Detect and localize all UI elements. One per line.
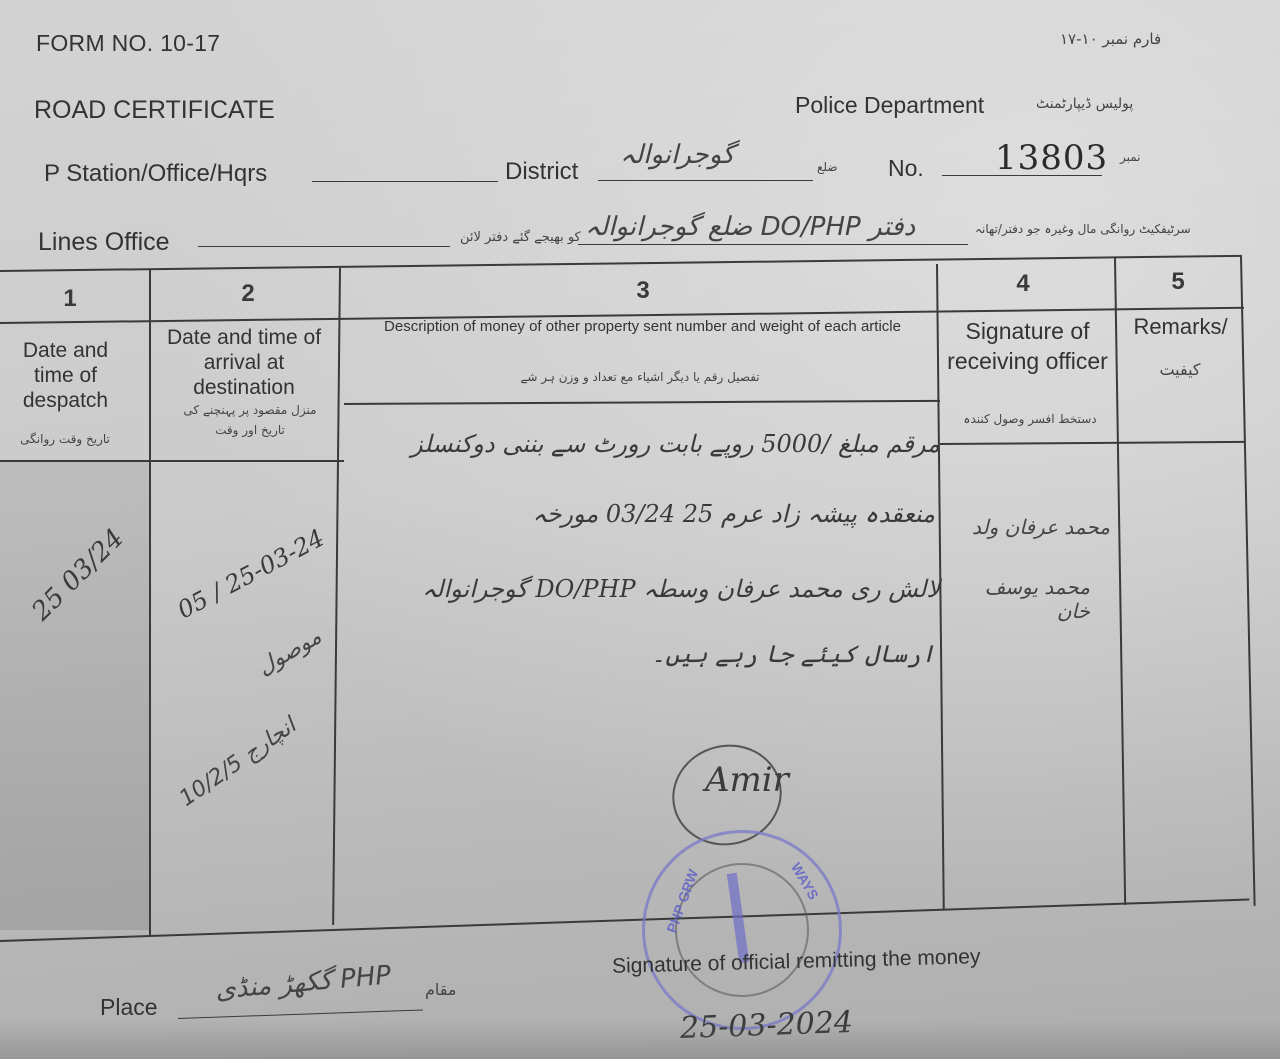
receiving-officer-father: محمد یوسف خان: [960, 575, 1090, 623]
description-line-1: مرقم مبلغ /5000 روپے بابت رورٹ سے بننی د…: [350, 430, 940, 458]
col-number-5: 5: [1138, 268, 1218, 296]
arrival-date: 05 / 25-03-24: [173, 524, 329, 625]
lines-office-urdu: کو بھیجے گئے دفتر لائن: [460, 230, 581, 245]
col-number-1: 1: [30, 285, 110, 313]
form-number-urdu: فارم نمبر ۱۰-۱۷: [1060, 30, 1161, 48]
place-label-urdu: مقام: [425, 980, 456, 999]
road-certificate-form: FORM NO. 10-17 فارم نمبر ۱۰-۱۷ ROAD CERT…: [0, 0, 1280, 1059]
number-label-urdu: نمبر: [1120, 150, 1141, 164]
description-line-3: لالش ری محمد عرفان وسطہ DO/PHP گوجرانوال…: [380, 575, 940, 603]
desc-header-border: [344, 400, 940, 405]
col-header-remarks-urdu: کیفیت: [1140, 360, 1220, 379]
officer-header-border: [940, 441, 1245, 445]
arrival-note-incharge: انچارج 10/2/5: [175, 713, 301, 811]
col-header-description: Description of money of other property s…: [350, 318, 935, 336]
district-label: District: [505, 158, 578, 186]
col-header-arrival: Date and time of arrival at destination: [164, 325, 324, 400]
table-bottom-border: [0, 899, 1249, 942]
department-label-urdu: پولیس ڈیپارٹمنٹ: [1036, 96, 1133, 112]
dates-header-border: [0, 460, 344, 462]
place-label: Place: [100, 994, 158, 1021]
pstation-field[interactable]: [312, 181, 498, 182]
form-number: FORM NO. 10-17: [36, 30, 220, 57]
remitting-official-signature: Amir: [705, 760, 789, 800]
arrival-note-received: موصول: [253, 624, 325, 680]
lines-office-handwritten-field[interactable]: [578, 244, 968, 245]
department-label: Police Department: [795, 92, 984, 119]
description-line-4: ارسال کیئے جا رہے ہیں۔: [375, 640, 935, 668]
shadow-region: [0, 460, 150, 930]
col-number-2: 2: [208, 280, 288, 308]
col-number-3: 3: [603, 277, 683, 305]
table-right-border: [1240, 256, 1256, 906]
remarks-cell: [1125, 460, 1235, 900]
paper-bottom-shadow: [0, 1020, 1280, 1059]
col-number-4: 4: [983, 270, 1063, 298]
description-line-2: منعقدہ پیشہ زاد عرم 25 03/24 مورخہ: [375, 500, 935, 528]
district-label-urdu: ضلع: [817, 160, 838, 174]
official-stamp: PHP GRW WAYS: [642, 830, 842, 1030]
lines-office-field[interactable]: [198, 246, 450, 247]
col-header-despatch: Date and time of despatch: [8, 338, 123, 413]
col-header-despatch-urdu: تاریخ وقت روانگی: [10, 432, 120, 446]
col-divider-1: [149, 270, 151, 935]
receiving-officer-name: محمد عرفان ولد: [960, 515, 1110, 539]
district-field[interactable]: [598, 180, 813, 181]
lines-office-handwritten: دفتر DO/PHP ضلع گوجرانوالہ: [585, 212, 915, 242]
col-divider-2: [332, 268, 341, 925]
col-header-receiving-officer: Signature of receiving officer: [945, 316, 1110, 376]
form-title: ROAD CERTIFICATE: [34, 96, 275, 125]
certificate-number: 13803: [995, 138, 1108, 178]
place-field[interactable]: [178, 1009, 423, 1019]
number-label: No.: [888, 155, 924, 182]
col-header-receiving-officer-urdu: دستخط افسر وصول کنندہ: [950, 412, 1110, 426]
place-value: PHP گکھڑ منڈی: [214, 960, 392, 1005]
district-value: گوجرانوالہ: [620, 140, 735, 170]
col-header-arrival-urdu: منزل مقصود پر پہنچنے کی تاریخ اور وقت: [180, 400, 320, 440]
col-header-description-urdu: تفصیل رقم یا دیگر اشیاء مع تعداد و وزن ہ…: [500, 370, 780, 384]
pstation-label: P Station/Office/Hqrs: [44, 160, 267, 188]
certificate-label-urdu: سرٹیفکیٹ روانگی مال وغیرہ جو دفتر/تھانہ: [975, 222, 1191, 236]
lines-office-label: Lines Office: [38, 228, 170, 257]
col-header-remarks: Remarks/: [1118, 314, 1243, 339]
